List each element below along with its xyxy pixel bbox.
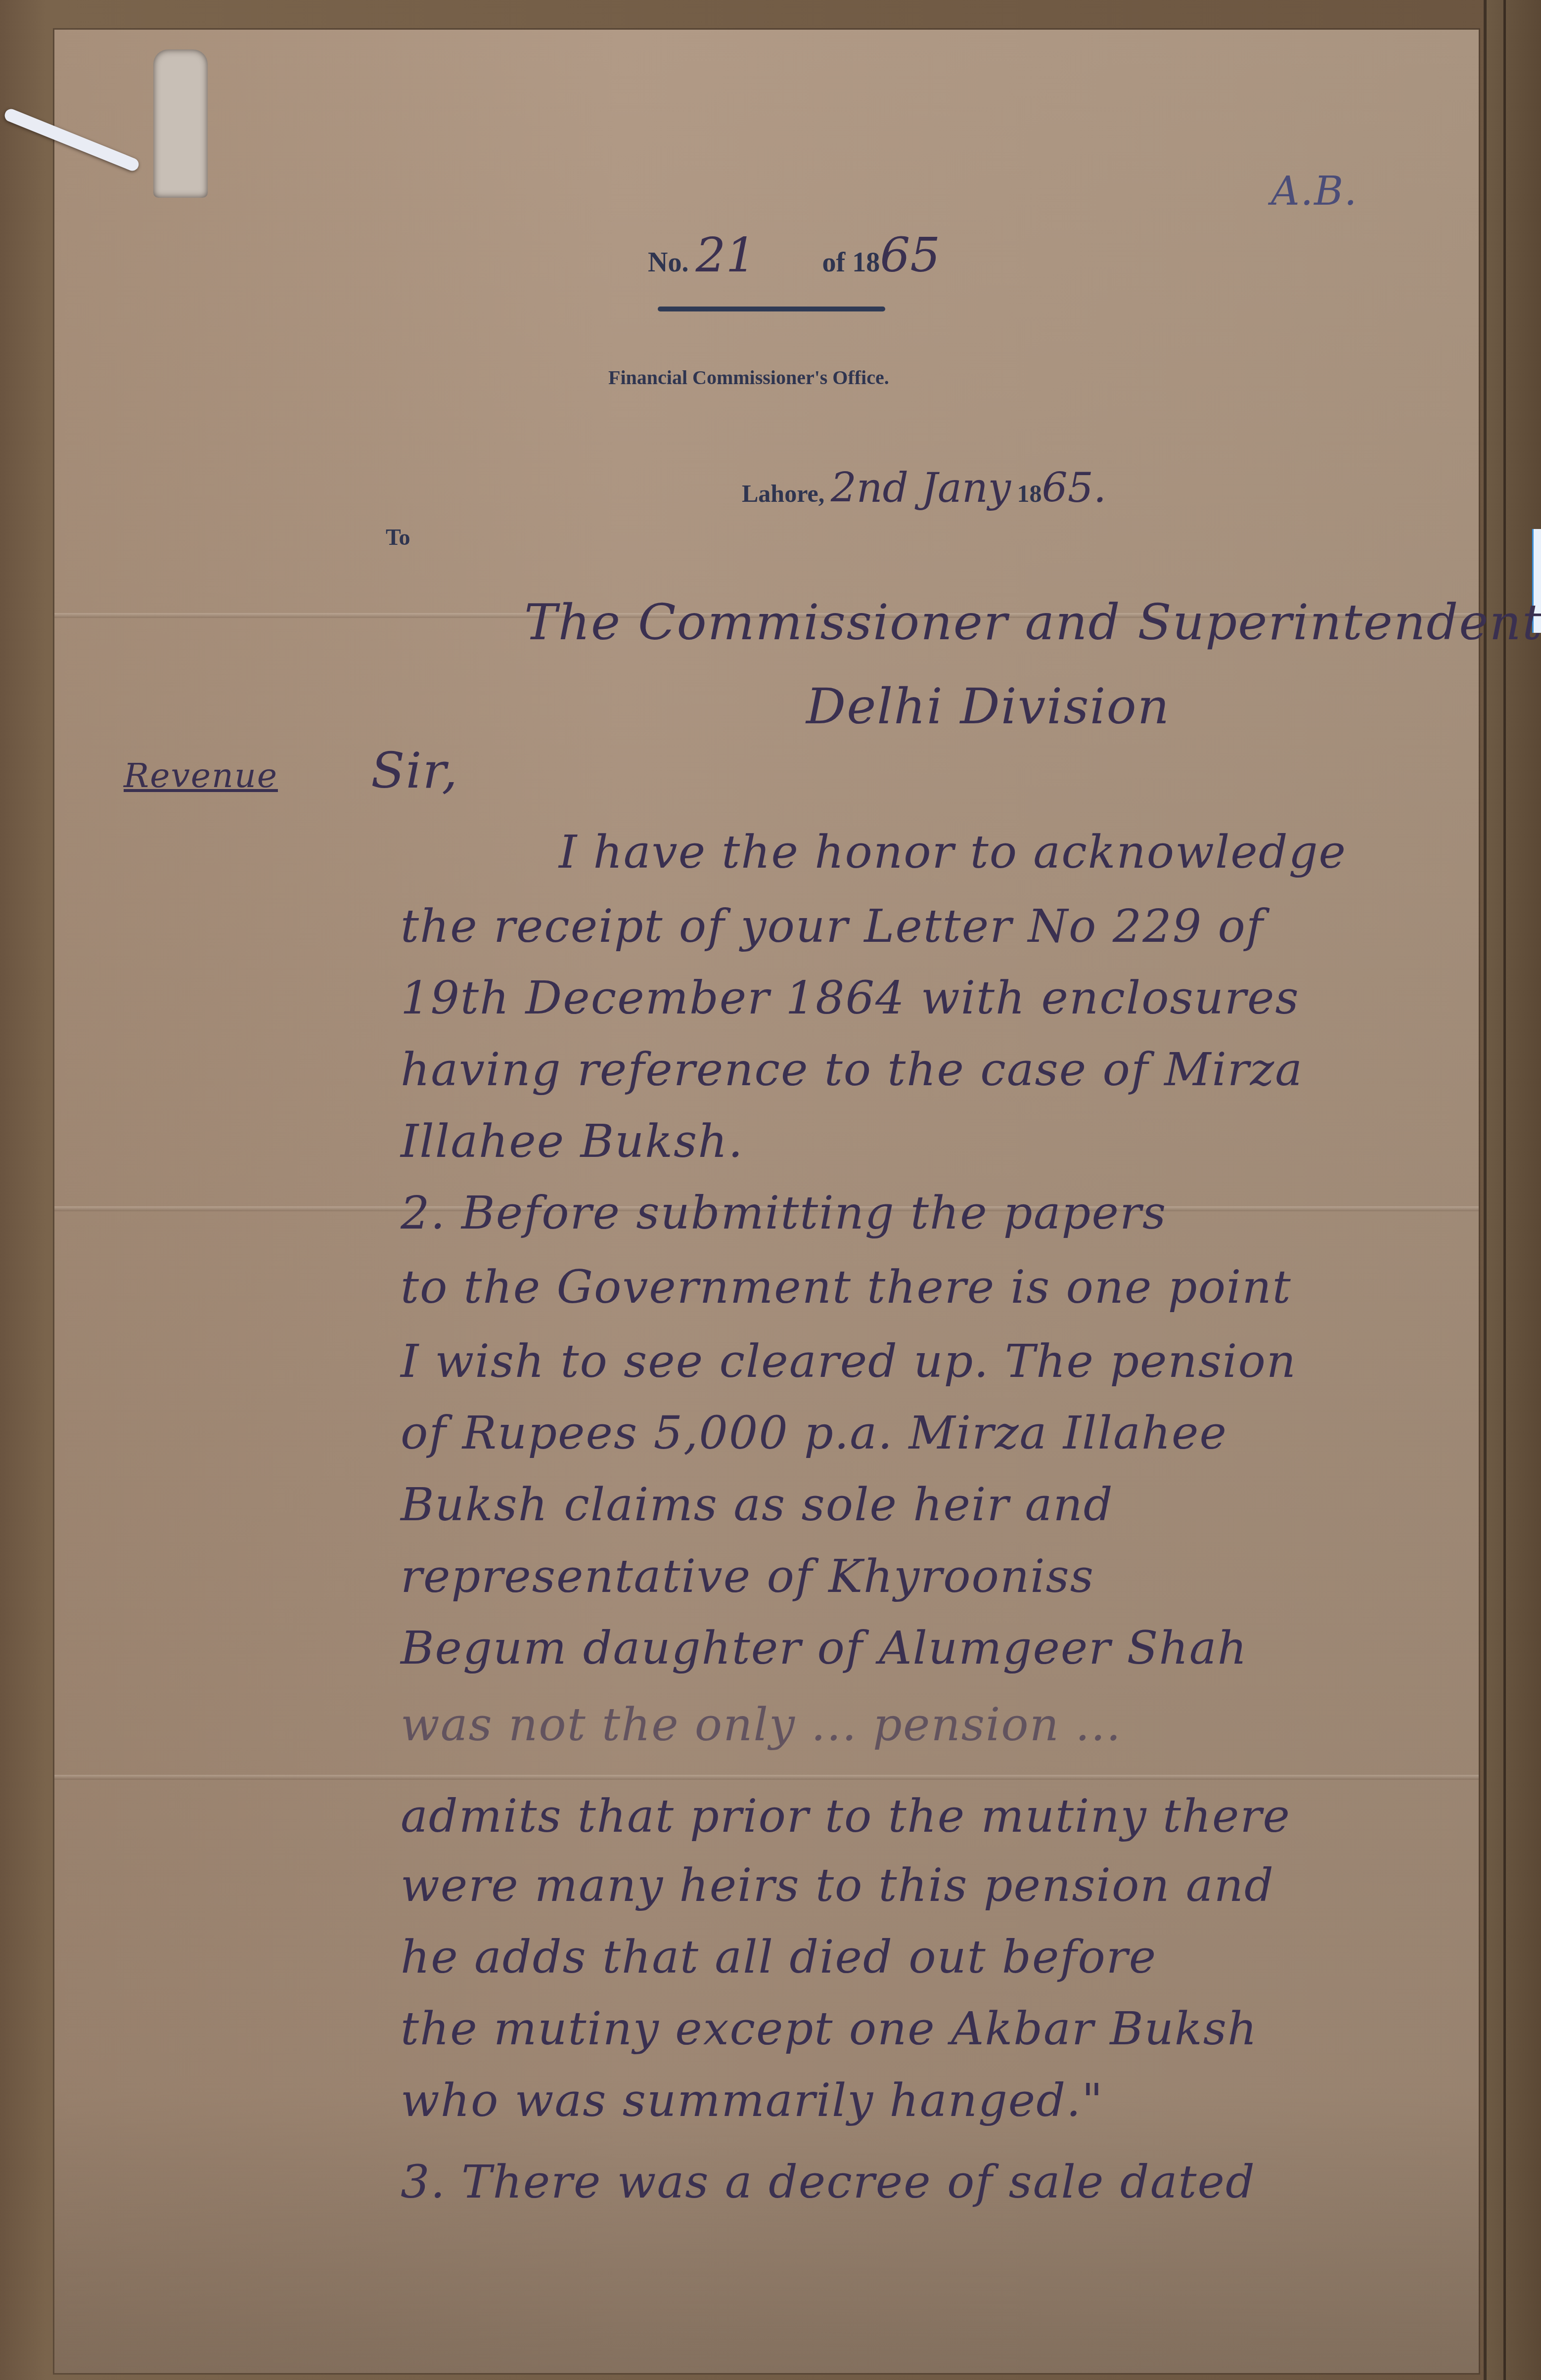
fold-line <box>54 1775 1479 1780</box>
letter-number: 21 <box>695 227 756 283</box>
header-rule <box>658 307 885 311</box>
letter-number-line: No. 21 of 1865 <box>648 227 940 283</box>
body-line: was not the only ... pension ... <box>401 1698 1122 1751</box>
body-line: 2. Before submitting the papers <box>401 1187 1167 1239</box>
torn-hole <box>153 49 208 198</box>
body-line: I wish to see cleared up. The pension <box>401 1335 1297 1388</box>
body-line: representative of Khyrooniss <box>401 1550 1094 1603</box>
body-line: having reference to the case of Mirza <box>401 1043 1303 1096</box>
body-line: 3. There was a decree of sale dated <box>401 2156 1256 2208</box>
body-line: Begum daughter of Alumgeer Shah <box>401 1622 1248 1675</box>
letter-sheet: A.B. No. 21 of 1865 Financial Commission… <box>54 30 1479 2373</box>
body-line: the receipt of your Letter No 229 of <box>401 900 1264 953</box>
year-printed: 18 <box>1017 480 1042 507</box>
margin-note: Revenue <box>124 756 278 795</box>
year-suffix: 65 <box>880 227 940 283</box>
body-line: Illahee Buksh. <box>401 1115 744 1168</box>
place: Lahore, <box>742 480 824 507</box>
body-line: admits that prior to the mutiny there <box>401 1790 1291 1843</box>
body-line: 19th December 1864 with enclosures <box>401 971 1300 1024</box>
body-line: he adds that all died out before <box>401 1931 1157 1983</box>
year-prefix: of 18 <box>822 247 880 278</box>
body-line: to the Government there is one point <box>401 1261 1292 1314</box>
to-label: To <box>386 524 410 550</box>
board-groove <box>1503 0 1506 2380</box>
body-line: I have the honor to acknowledge <box>559 826 1347 879</box>
addressee-line-1: The Commissioner and Superintendent <box>524 593 1541 651</box>
number-prefix: No. <box>648 247 688 278</box>
body-line: of Rupees 5,000 p.a. Mirza Illahee <box>401 1407 1227 1459</box>
office-name: Financial Commissioner's Office. <box>608 366 889 389</box>
body-line: were many heirs to this pension and <box>401 1859 1274 1912</box>
backing-board-edge <box>1484 0 1541 2380</box>
addressee-line-2: Delhi Division <box>806 677 1170 735</box>
corner-annotation: A.B. <box>1271 168 1358 214</box>
salutation: Sir, <box>371 742 458 799</box>
year-handwritten: 65. <box>1042 465 1106 512</box>
body-line: who was summarily hanged." <box>401 2074 1104 2127</box>
date-line: Lahore, 2nd Jany 1865. <box>742 465 1106 512</box>
date-handwritten: 2nd Jany <box>831 465 1011 512</box>
body-line: Buksh claims as sole heir and <box>401 1478 1114 1531</box>
body-line: the mutiny except one Akbar Buksh <box>401 2002 1258 2055</box>
